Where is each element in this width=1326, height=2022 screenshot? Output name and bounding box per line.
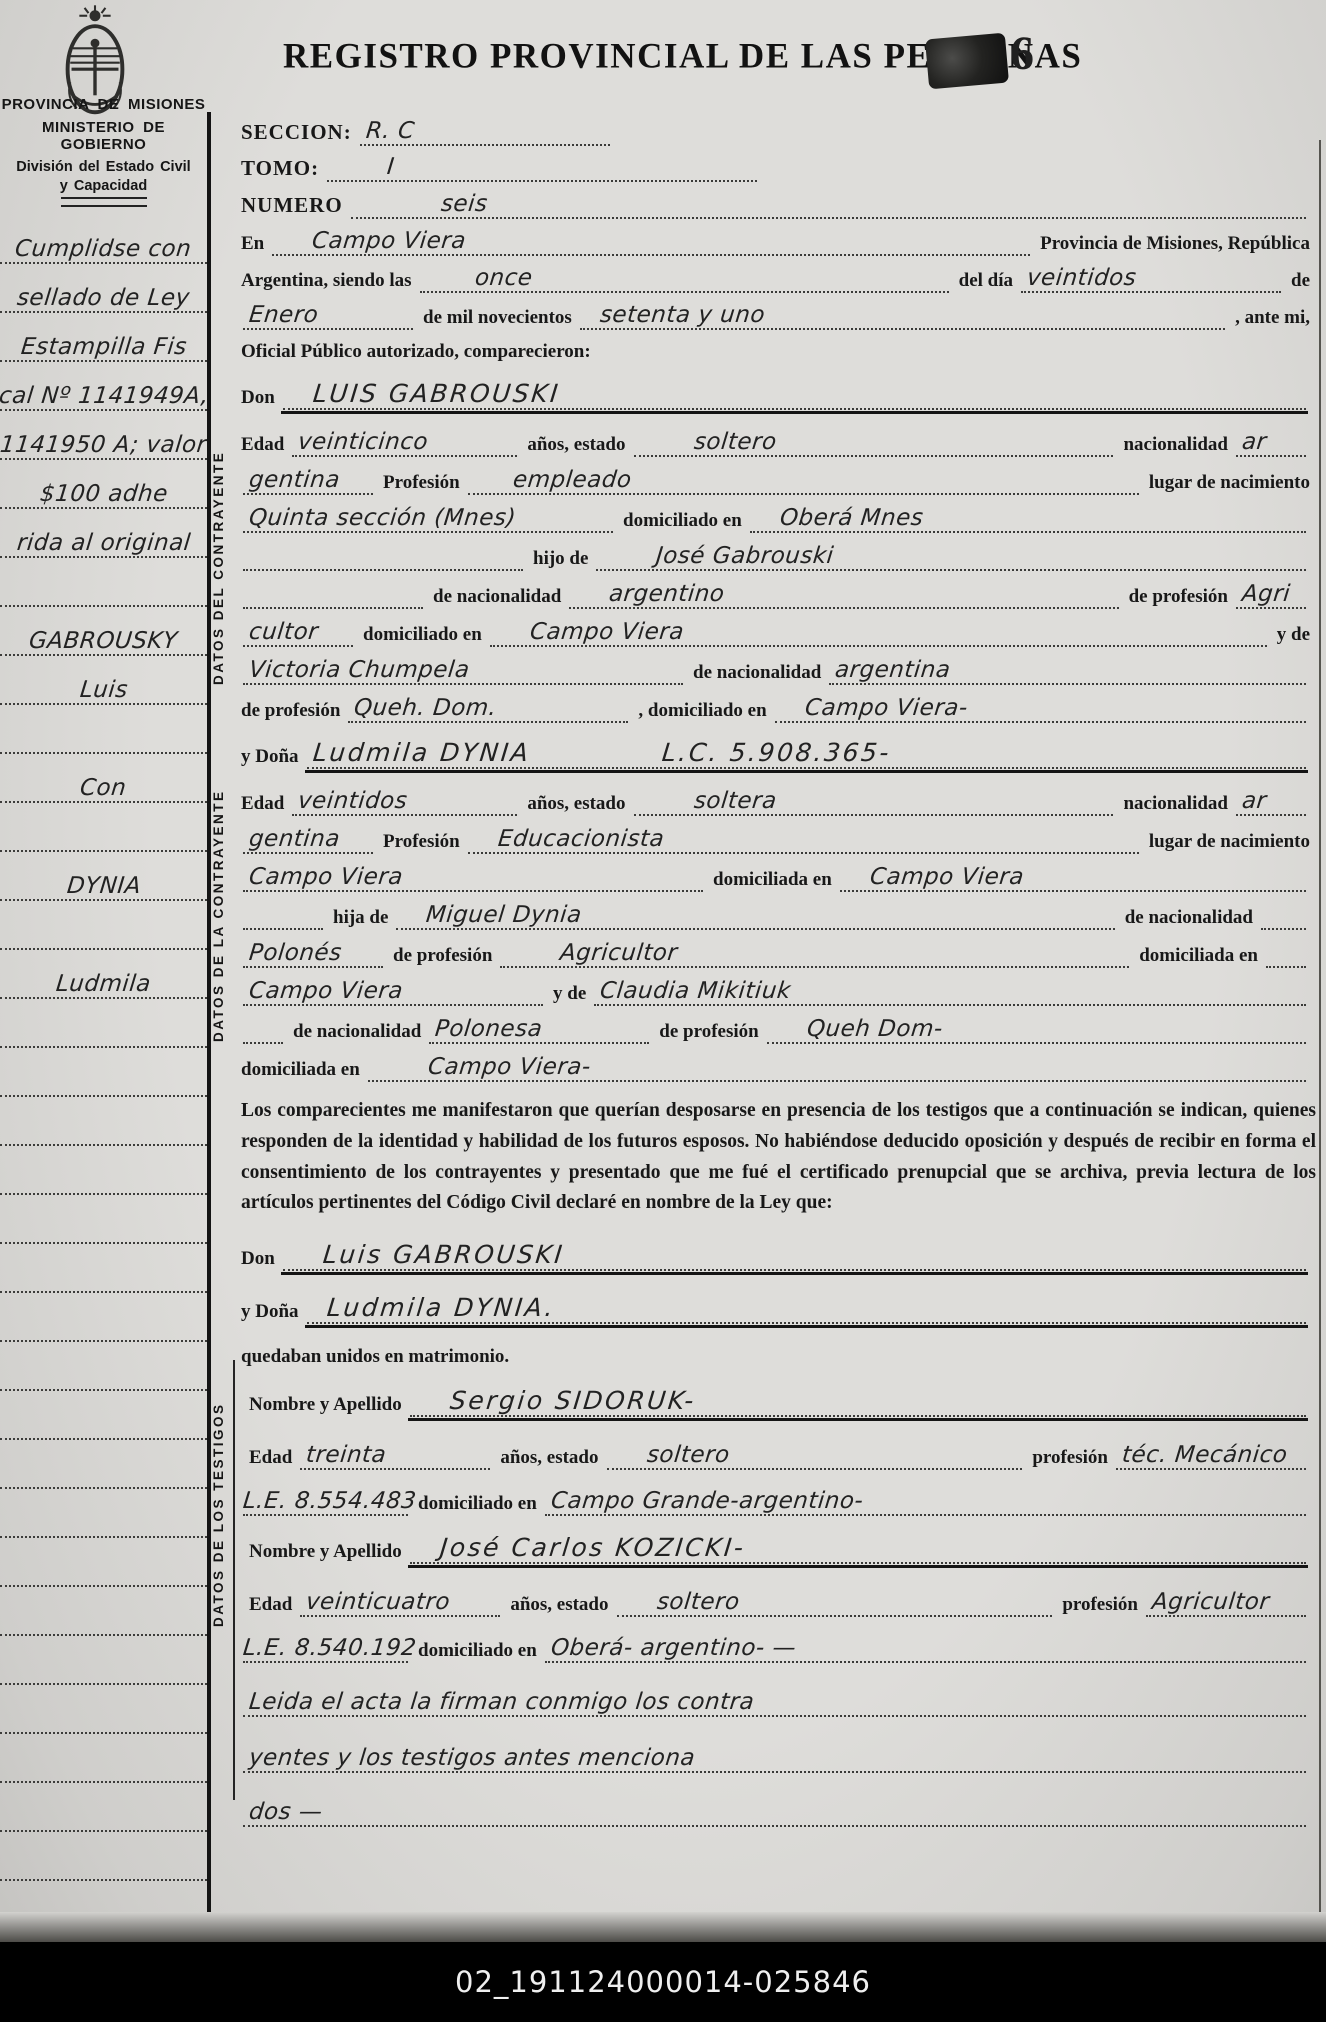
witness1-dom-line: Campo Grande-argentino-: [545, 1489, 1306, 1516]
witness1-edad-label: Edad: [249, 1447, 298, 1472]
margin-ruled-line: 1141950 A; valor: [0, 411, 207, 460]
margin-note-text: [97, 1829, 109, 1830]
margin-note-text: sellado de Ley: [10, 286, 197, 311]
certificate-body: SECCION: R. C TOMO: I NUMERO seis En Cam…: [211, 112, 1326, 1829]
row-tomo: TOMO: I: [241, 148, 1316, 184]
bride-nac2-line: gentina: [243, 827, 373, 854]
day-value: veintidos: [1020, 266, 1144, 291]
margin-ruled-line: Luis: [0, 656, 207, 705]
witness2-edad: veinticuatro: [299, 1590, 458, 1615]
witness2-estado-label: años, estado: [510, 1594, 614, 1619]
margin-ruled-line: Cumplidse con: [0, 215, 207, 264]
blank-line: [243, 569, 523, 571]
bride-madre-prof-label: de profesión: [659, 1021, 764, 1046]
witness1-dom: Campo Grande-argentino-: [543, 1489, 870, 1514]
hija-de-label: hija de: [333, 907, 394, 932]
groom-padre-line: José Gabrouski: [596, 544, 1306, 571]
margin-note-text: [97, 1878, 109, 1879]
margin-ruled-line: Estampilla Fis: [0, 313, 207, 362]
final-line2: yentes y los testigos antes menciona: [243, 1746, 1306, 1773]
row-final-line3: dos —: [241, 1775, 1316, 1829]
witness1-estado-label: años, estado: [500, 1447, 604, 1472]
margin-note-text: Con: [73, 776, 134, 801]
bride-nacimiento: Campo Viera: [242, 865, 411, 890]
witness2-name: José Carlos KOZICKI-: [408, 1535, 752, 1562]
bride-estado-line: soltera: [634, 789, 1114, 816]
margin-note-text: [97, 1486, 109, 1487]
groom-padre-prof-label: de profesión: [1129, 586, 1234, 611]
hour-line: once: [420, 266, 949, 293]
bride-nac-part2: gentina: [242, 827, 348, 852]
issuing-office-block: PROVINCIA DE MISIONES MINISTERIO DE GOBI…: [0, 96, 207, 207]
bride-nac-part1: ar: [1235, 789, 1274, 814]
margin-note-text: Estampilla Fis: [13, 335, 193, 360]
blank-line: [243, 928, 323, 930]
en-label: En: [241, 233, 270, 258]
row-bride-madre-nac: de nacionalidad Polonesa de profesión Qu…: [241, 1008, 1316, 1046]
row-witness1-edad: Edad treinta años, estado soltero profes…: [241, 1428, 1316, 1472]
witness2-prof-line: Agricultor: [1146, 1590, 1306, 1617]
bride-padre-line: Miguel Dynia: [396, 903, 1114, 930]
page-number-stamp: 6: [1010, 26, 1034, 81]
margin-note-text: Cumplidse con: [8, 237, 199, 262]
margin-note-text: [97, 1192, 109, 1193]
margin-note-text: [97, 1290, 109, 1291]
bride-nacimiento-line: Campo Viera: [243, 865, 703, 892]
margin-ruled-line: [0, 803, 207, 852]
groom-padre-dom-label: domiciliado en: [363, 624, 488, 649]
groom-padre-nac: argentino: [568, 582, 732, 607]
margin-ruled-line: [0, 1293, 207, 1342]
scan-footer-bar: 02_191124000014-025846: [0, 1942, 1326, 2022]
margin-ruled-line: [0, 1636, 207, 1685]
blank-line: [243, 1042, 283, 1044]
margin-notes-column: Cumplidse con sellado de Ley Estampilla …: [0, 215, 207, 1930]
don-label: Don: [241, 387, 281, 412]
hour-value: once: [418, 266, 539, 291]
bride-madre: Claudia Mikitiuk: [593, 979, 798, 1004]
margin-note-text: [97, 1682, 109, 1683]
seccion-label: SECCION:: [241, 120, 358, 148]
groom-nac-part2: gentina: [242, 468, 348, 493]
margin-ruled-line: [0, 705, 207, 754]
witness1-edad: treinta: [299, 1443, 394, 1468]
margin-ruled-line: sellado de Ley: [0, 264, 207, 313]
margin-note-text: cal Nº 1141949A,: [0, 384, 216, 409]
margin-ruled-line: [0, 1734, 207, 1783]
declared-groom-name: Luis GABROUSKI: [281, 1242, 571, 1269]
margin-note-text: [97, 751, 109, 752]
bride-edad-line: veintidos: [292, 789, 517, 816]
bride-nacimiento-label: lugar de nacimiento: [1149, 831, 1316, 856]
groom-domicilio: Oberá Mnes: [748, 506, 930, 531]
row-month-year: Enero de mil novecientos setenta y uno ,…: [241, 295, 1316, 332]
place-value-line: Campo Viera: [272, 229, 1030, 256]
groom-madre-nac-line: argentina: [829, 658, 1306, 685]
final-line3: dos —: [243, 1800, 1306, 1827]
row-witness2-name: Nombre y Apellido José Carlos KOZICKI-: [241, 1518, 1316, 1566]
margin-ruled-line: [0, 1489, 207, 1538]
bride-edad: veintidos: [291, 789, 415, 814]
margin-note-text: GABROUSKY: [22, 629, 185, 654]
row-groom-padre-nac: de nacionalidad argentino de profesión A…: [241, 573, 1316, 611]
margin-ruled-line: cal Nº 1141949A,: [0, 362, 207, 411]
bride-name: Ludmila DYNIA: [305, 740, 537, 767]
groom-nac-label: nacionalidad: [1123, 434, 1234, 459]
groom-estado-line: soltero: [634, 430, 1114, 457]
seccion-value-line: R. C: [360, 119, 610, 146]
witness2-dom-label: domiciliado en: [418, 1640, 543, 1665]
margin-ruled-line: $100 adhe: [0, 460, 207, 509]
row-witness2-doc: L.E. 8.540.192 domiciliado en Oberá- arg…: [241, 1619, 1316, 1665]
row-bride-madre: Campo Viera y de Claudia Mikitiuk: [241, 970, 1316, 1008]
groom-madre-nac-label: de nacionalidad: [693, 662, 827, 687]
groom-madre-dom: Campo Viera-: [773, 696, 974, 721]
margin-note-text: [97, 1584, 109, 1585]
bride-dom-line: Campo Viera: [840, 865, 1306, 892]
de-label: de: [1291, 270, 1316, 295]
year-value: setenta y uno: [579, 303, 773, 328]
witness2-edad-line: veinticuatro: [300, 1590, 500, 1617]
numero-label: NUMERO: [241, 193, 349, 221]
place-value: Campo Viera: [271, 229, 474, 254]
groom-nac-part1: ar: [1235, 430, 1274, 455]
margin-ruled-line: [0, 901, 207, 950]
bride-padre-prof-line: Agricultor: [500, 941, 1129, 968]
tomo-label: TOMO:: [241, 156, 325, 184]
bride-padre: Miguel Dynia: [395, 903, 589, 928]
declaration-paragraph: Los comparecientes me manifestaron que q…: [241, 1096, 1316, 1219]
province-tail-label: Provincia de Misiones, República: [1040, 233, 1316, 258]
row-groom-madre: Victoria Chumpela de nacionalidad argent…: [241, 649, 1316, 687]
bride-madre-line: Claudia Mikitiuk: [594, 979, 1306, 1006]
groom-edad-label: Edad: [241, 434, 290, 459]
margin-ruled-line: [0, 1538, 207, 1587]
row-hour-day: Argentina, siendo las once del día veint…: [241, 258, 1316, 295]
margin-note-text: rida al original: [9, 531, 197, 556]
tomo-value: I: [326, 155, 402, 180]
groom-profesion: empleado: [466, 468, 638, 493]
witness2-prof: Agricultor: [1145, 1590, 1277, 1615]
margin-note-text: [97, 1241, 109, 1242]
scanned-marriage-certificate: PROVINCIA DE MISIONES MINISTERIO DE GOBI…: [0, 0, 1326, 2022]
bride-nac1-line: ar: [1236, 789, 1306, 816]
declared-bride-name: Ludmila DYNIA.: [305, 1295, 562, 1322]
margin-ruled-line: [0, 1832, 207, 1881]
division-line1: División del Estado Civil: [0, 159, 207, 175]
final-line1: Leida el acta la firman conmigo los cont…: [243, 1690, 1306, 1717]
row-official: Oficial Público autorizado, compareciero…: [241, 332, 1316, 366]
groom-prof-label: Profesión: [383, 472, 466, 497]
witness2-prof-label: profesión: [1062, 1594, 1144, 1619]
groom-madre-nac: argentina: [828, 658, 958, 683]
margin-note-text: [97, 1633, 109, 1634]
ministry-name: MINISTERIO DE GOBIERNO: [0, 119, 207, 153]
groom-name-line: LUIS GABROUSKI: [283, 381, 1306, 410]
row-final-line2: yentes y los testigos antes menciona: [241, 1719, 1316, 1775]
declared-don-label: Don: [241, 1248, 281, 1273]
margin-ruled-line: [0, 1440, 207, 1489]
row-groom-name: Don LUIS GABROUSKI: [241, 366, 1316, 412]
witness2-estado: soltero: [615, 1590, 746, 1615]
row-groom-padre: hijo de José Gabrouski: [241, 535, 1316, 573]
groom-padre-dom-line: Campo Viera: [490, 620, 1267, 647]
groom-padre-prof-part1: Agri: [1235, 582, 1298, 607]
row-declared-bride: y Doña Ludmila DYNIA.: [241, 1282, 1316, 1326]
bride-estado-label: años, estado: [527, 793, 631, 818]
margin-note-text: [97, 604, 109, 605]
margin-note-text: [97, 1045, 109, 1046]
margin-ruled-line: [0, 1391, 207, 1440]
bride-prof-label: Profesión: [383, 831, 466, 856]
numero-value-line: seis: [351, 192, 1306, 219]
groom-dom-label: domiciliado en: [623, 510, 748, 535]
witness1-doc-line: L.E. 8.554.483: [243, 1489, 408, 1516]
day-line: veintidos: [1021, 266, 1281, 293]
row-place: En Campo Viera Provincia de Misiones, Re…: [241, 221, 1316, 258]
blank-line: [1266, 966, 1306, 968]
margin-ruled-line: [0, 1097, 207, 1146]
row-closing-statement: quedaban unidos en matrimonio.: [241, 1335, 1316, 1371]
groom-name: LUIS GABROUSKI: [281, 381, 567, 408]
groom-padre-prof2-line: cultor: [243, 620, 353, 647]
bride-padre-prof-label: de profesión: [393, 945, 498, 970]
groom-nac1-line: ar: [1236, 430, 1306, 457]
margin-ruled-line: [0, 1244, 207, 1293]
margin-note-text: Ludmila: [49, 972, 158, 997]
bride-madre-nac-line: Polonesa: [429, 1017, 649, 1044]
row-groom-padre-dom: cultor domiciliado en Campo Viera y de: [241, 611, 1316, 649]
bride-prof-line: Educacionista: [468, 827, 1139, 854]
row-bride-padre: hija de Miguel Dynia de nacionalidad: [241, 894, 1316, 932]
groom-madre-prof-label: de profesión: [241, 700, 346, 725]
scan-code: 02_191124000014-025846: [455, 1965, 871, 1999]
groom-nacimiento: Quinta sección (Mnes): [242, 506, 524, 531]
blank-line: [243, 607, 423, 609]
margin-ruled-line: [0, 1048, 207, 1097]
bride-dom-label: domiciliada en: [713, 869, 838, 894]
margin-note-text: [97, 1780, 109, 1781]
province-name: PROVINCIA DE MISIONES: [0, 96, 207, 113]
tomo-value-line: I: [327, 155, 757, 182]
witness2-doc-line: L.E. 8.540.192: [243, 1636, 408, 1663]
row-groom-madre-dom: de profesión Queh. Dom. , domiciliado en…: [241, 687, 1316, 725]
numero-value: seis: [349, 192, 494, 217]
groom-padre-dom: Campo Viera: [488, 620, 691, 645]
bride-estado: soltera: [632, 789, 783, 814]
declared-groom-line: Luis GABROUSKI: [283, 1242, 1306, 1271]
row-groom-profesion: gentina Profesión empleado lugar de naci…: [241, 459, 1316, 497]
margin-ruled-line: Ludmila: [0, 950, 207, 999]
row-groom-nacimiento: Quinta sección (Mnes) domiciliado en Obe…: [241, 497, 1316, 535]
row-witness2-edad: Edad veinticuatro años, estado soltero p…: [241, 1575, 1316, 1619]
dona-label: y Doña: [241, 746, 305, 771]
margin-note-text: Luis: [72, 678, 134, 703]
row-numero: NUMERO seis: [241, 184, 1316, 221]
bride-y-de-label: y de: [553, 983, 592, 1008]
final-line3-text: dos —: [242, 1800, 330, 1825]
witness2-edad-label: Edad: [249, 1594, 298, 1619]
margin-ruled-line: DYNIA: [0, 852, 207, 901]
ante-mi-label: , ante mi,: [1235, 307, 1316, 332]
groom-padre-nac-label: de nacionalidad: [433, 586, 567, 611]
margin-note-text: $100 adhe: [32, 482, 174, 507]
margin-note-text: 1141950 A; valor: [0, 433, 214, 458]
bride-profesion: Educacionista: [466, 827, 671, 852]
blank-line: [1261, 928, 1306, 930]
bride-madre-dom-line: Campo Viera-: [368, 1055, 1306, 1082]
groom-estado-label: años, estado: [527, 434, 631, 459]
groom-padre: José Gabrouski: [595, 544, 841, 569]
month-value: Enero: [242, 303, 326, 328]
groom-padre-prof1-line: Agri: [1236, 582, 1306, 609]
division-line2: y Capacidad: [0, 178, 207, 194]
bride-padre-dom-line: Campo Viera: [243, 979, 543, 1006]
seccion-value: R. C: [358, 119, 421, 144]
official-line-label: Oficial Público autorizado, compareciero…: [241, 341, 597, 366]
bride-padre-prof: Agricultor: [499, 941, 685, 966]
row-bride-name: y Doña Ludmila DYNIA L.C. 5.908.365-: [241, 725, 1316, 771]
closing-statement: quedaban unidos en matrimonio.: [241, 1346, 515, 1371]
groom-nacimiento-label: lugar de nacimiento: [1149, 472, 1316, 497]
margin-ruled-line: rida al original: [0, 509, 207, 558]
bride-nac-label: nacionalidad: [1123, 793, 1234, 818]
row-groom-edad: Edad veinticinco años, estado soltero na…: [241, 421, 1316, 459]
margin-note-text: [97, 1339, 109, 1340]
witness1-doc: L.E. 8.554.483: [242, 1489, 424, 1514]
groom-madre-prof: Queh. Dom.: [347, 696, 504, 721]
y-de-label: y de: [1277, 624, 1316, 649]
bride-madre-nac: Polonesa: [428, 1017, 550, 1042]
declared-bride-line: Ludmila DYNIA.: [307, 1295, 1306, 1324]
witness1-estado-line: soltero: [607, 1443, 1023, 1470]
groom-madre: Victoria Chumpela: [242, 658, 477, 683]
row-bride-edad: Edad veintidos años, estado soltera naci…: [241, 780, 1316, 818]
row-final-line1: Leida el acta la firman conmigo los cont…: [241, 1665, 1316, 1719]
del-dia-label: del día: [959, 270, 1019, 295]
witness1-name: Sergio SIDORUK-: [408, 1388, 703, 1415]
margin-ruled-line: [0, 1342, 207, 1391]
margin-ruled-line: [0, 558, 207, 607]
bride-libreta: L.C. 5.908.365-: [654, 740, 898, 767]
bride-madre-prof: Queh Dom-: [765, 1017, 949, 1042]
division-underline: [61, 197, 147, 207]
year-line: setenta y uno: [580, 303, 1225, 330]
bride-madre-nac-label: de nacionalidad: [293, 1021, 427, 1046]
groom-madre-dom-label: , domiciliado en: [638, 700, 772, 725]
row-witness1-doc: L.E. 8.554.483 domiciliado en Campo Gran…: [241, 1472, 1316, 1518]
margin-note-text: [97, 1535, 109, 1536]
groom-madre-prof-line: Queh. Dom.: [348, 696, 628, 723]
row-witness1-name: Nombre y Apellido Sergio SIDORUK-: [241, 1371, 1316, 1419]
hijo-de-label: hijo de: [533, 548, 594, 573]
bride-padre-nac-label: de nacionalidad: [1125, 907, 1259, 932]
bride-edad-label: Edad: [241, 793, 290, 818]
row-bride-nacimiento: Campo Viera domiciliada en Campo Viera: [241, 856, 1316, 894]
groom-padre-prof-part2: cultor: [242, 620, 326, 645]
witness1-prof-label: profesión: [1032, 1447, 1114, 1472]
groom-edad-line: veinticinco: [292, 430, 517, 457]
groom-prof-line: empleado: [468, 468, 1139, 495]
groom-madre-dom-line: Campo Viera-: [775, 696, 1306, 723]
mil-novecientos-label: de mil novecientos: [423, 307, 578, 332]
row-declared-groom: Don Luis GABROUSKI: [241, 1229, 1316, 1273]
margin-note-text: [97, 1143, 109, 1144]
bride-padre-dom: Campo Viera: [242, 979, 411, 1004]
siendo-las-label: Argentina, siendo las: [241, 270, 418, 295]
witness2-dom: Oberá- argentino- —: [543, 1636, 803, 1661]
witness2-name-line: José Carlos KOZICKI-: [410, 1535, 1306, 1564]
margin-ruled-line: [0, 1783, 207, 1832]
groom-nac2-line: gentina: [243, 468, 373, 495]
margin-ruled-line: Con: [0, 754, 207, 803]
witness2-doc: L.E. 8.540.192: [242, 1636, 424, 1661]
row-bride-madre-dom: domiciliada en Campo Viera-: [241, 1046, 1316, 1084]
margin-ruled-line: [0, 1146, 207, 1195]
groom-madre-line: Victoria Chumpela: [243, 658, 683, 685]
margin-ruled-line: [0, 1587, 207, 1636]
margin-ruled-line: [0, 1685, 207, 1734]
witness2-name-label: Nombre y Apellido: [249, 1541, 408, 1566]
witness1-prof: téc. Mecánico: [1115, 1443, 1295, 1468]
groom-padre-nac-line: argentino: [569, 582, 1118, 609]
witness1-name-line: Sergio SIDORUK-: [410, 1388, 1306, 1417]
witness1-estado: soltero: [605, 1443, 736, 1468]
witness1-edad-line: treinta: [300, 1443, 490, 1470]
margin-note-text: [97, 1388, 109, 1389]
groom-estado: soltero: [632, 430, 783, 455]
ink-stamp-blob: [925, 33, 1009, 90]
margin-note-text: [97, 947, 109, 948]
groom-dom-line: Oberá Mnes: [750, 506, 1306, 533]
row-seccion: SECCION: R. C: [241, 112, 1316, 148]
row-bride-padre-prof: Polonés de profesión Agricultor domicili…: [241, 932, 1316, 970]
margin-ruled-line: GABROUSKY: [0, 607, 207, 656]
bride-padre-dom-label: domiciliada en: [1139, 945, 1264, 970]
witness1-dom-label: domiciliado en: [418, 1493, 543, 1518]
bride-padre-nac: Polonés: [242, 941, 349, 966]
bride-madre-dom: Campo Viera-: [366, 1055, 597, 1080]
bride-padre-nac-line: Polonés: [243, 941, 383, 968]
margin-ruled-line: [0, 1195, 207, 1244]
bride-domicilio: Campo Viera: [838, 865, 1031, 890]
scan-bottom-shadow: [0, 1912, 1326, 1942]
witness1-prof-line: téc. Mecánico: [1116, 1443, 1306, 1470]
witness2-dom-line: Oberá- argentino- —: [545, 1636, 1306, 1663]
witness2-estado-line: soltero: [617, 1590, 1053, 1617]
groom-nacimiento-line: Quinta sección (Mnes): [243, 506, 613, 533]
margin-note-text: [97, 1731, 109, 1732]
final-line1-text: Leida el acta la firman conmigo los cont…: [242, 1690, 762, 1715]
declared-dona-label: y Doña: [241, 1301, 305, 1326]
witness1-name-label: Nombre y Apellido: [249, 1394, 408, 1419]
margin-note-text: DYNIA: [59, 874, 148, 899]
bride-madre-prof-line: Queh Dom-: [767, 1017, 1306, 1044]
row-bride-profesion: gentina Profesión Educacionista lugar de…: [241, 818, 1316, 856]
margin-ruled-line: [0, 999, 207, 1048]
margin-note-text: [97, 1437, 109, 1438]
groom-edad: veinticinco: [291, 430, 436, 455]
final-line2-text: yentes y los testigos antes menciona: [242, 1746, 703, 1771]
margin-note-text: [97, 849, 109, 850]
bride-name-line: Ludmila DYNIA L.C. 5.908.365-: [307, 740, 1306, 769]
margin-note-text: [97, 1094, 109, 1095]
month-line: Enero: [243, 303, 413, 330]
bride-madre-dom-label: domiciliada en: [241, 1059, 366, 1084]
